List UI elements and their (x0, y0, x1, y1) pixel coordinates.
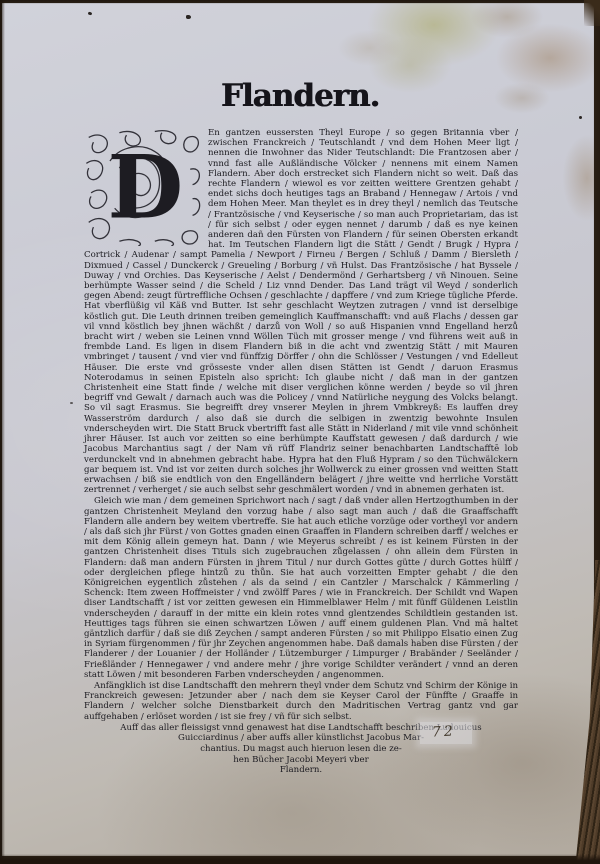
paragraph-2: Gleich wie man / dem gemeinen Sprichwort… (84, 496, 518, 680)
photo-edge-left (0, 0, 5, 864)
book-page-photo: Flandern. (0, 0, 600, 864)
page-title: Flandern. (0, 78, 600, 114)
closing-line: Flandern. (84, 765, 518, 776)
paragraph-1: D En gantzen eussersten Theyl Europe / s… (84, 128, 518, 495)
ink-speck (579, 116, 582, 119)
paragraph-3: Anfängklich ist dise Landtschafft den me… (84, 681, 518, 722)
handwritten-page-number: 72 (432, 723, 457, 740)
drop-cap-letter: D (108, 136, 184, 239)
photo-edge-top (0, 0, 600, 4)
closing-line: chantius. Du magst auch hieruon lesen di… (84, 744, 518, 755)
closing-line: hen Bücher Jacobi Meyeri vber (84, 755, 518, 766)
photo-edge-bottom (0, 854, 600, 864)
ink-speck (70, 402, 73, 404)
ink-speck (186, 15, 191, 19)
woodcut-initial: D (84, 128, 202, 246)
photo-corner-top-right (584, 0, 600, 26)
body-text: D En gantzen eussersten Theyl Europe / s… (84, 128, 518, 776)
